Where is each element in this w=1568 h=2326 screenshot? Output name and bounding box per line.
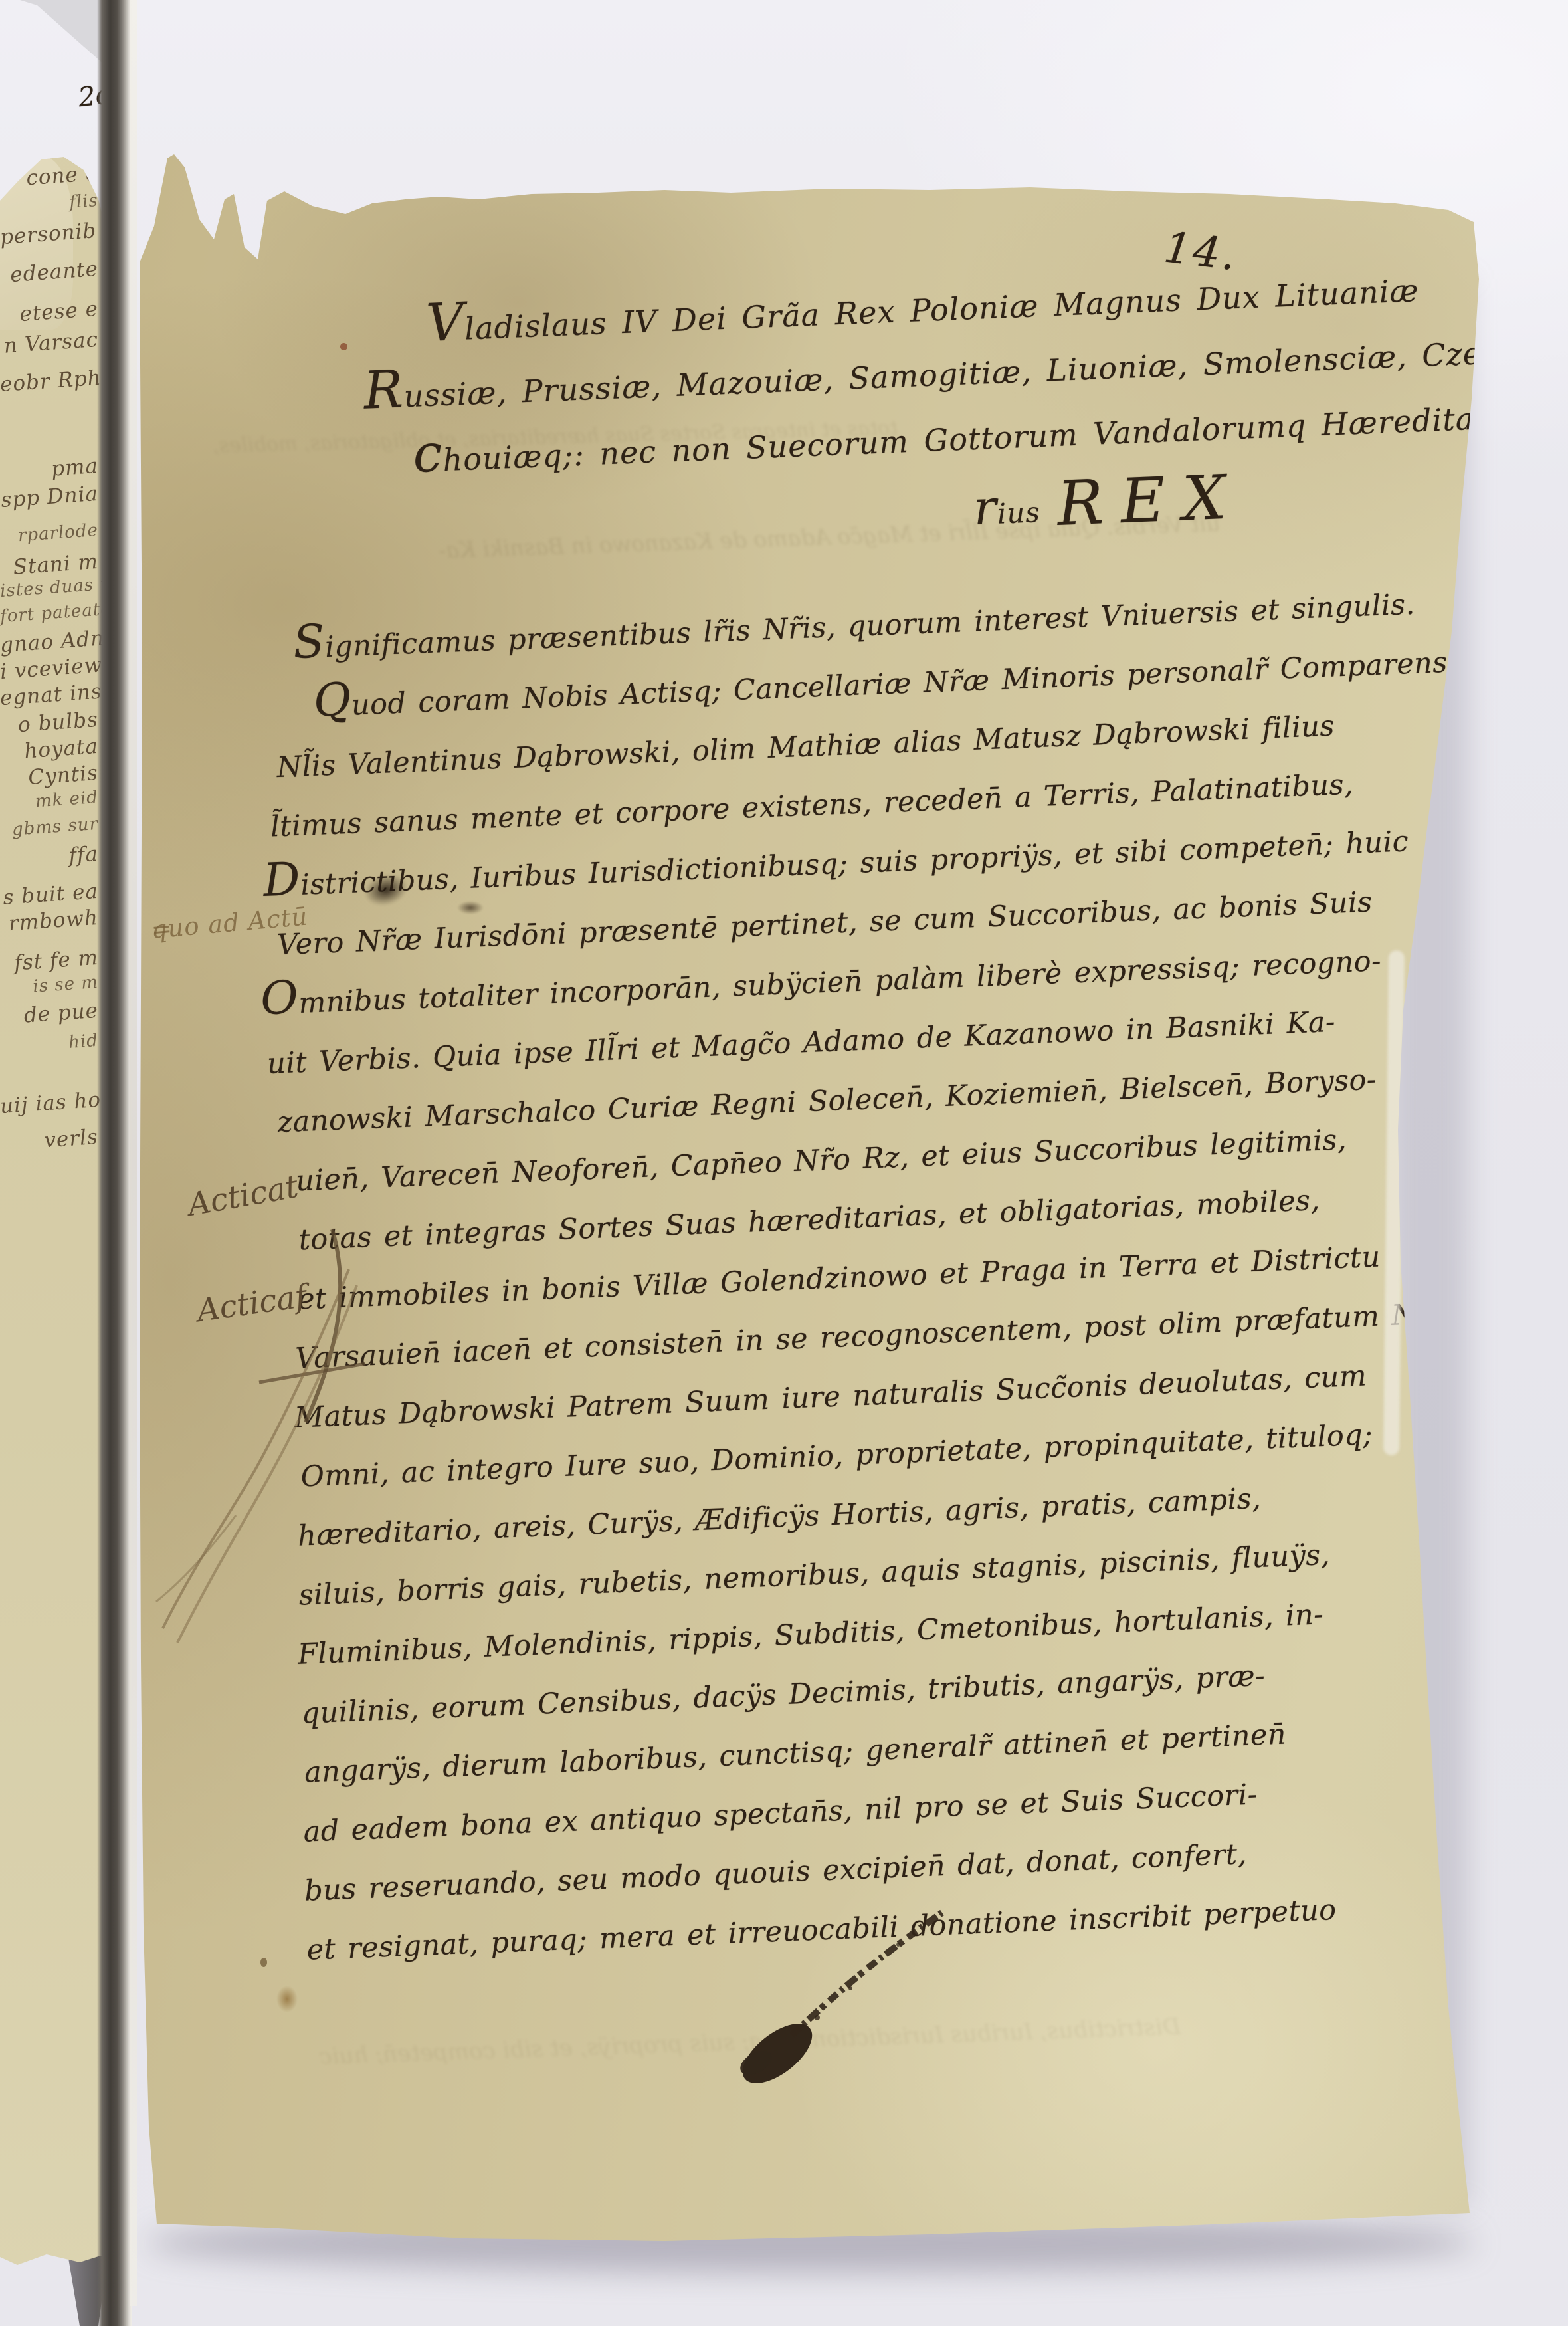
left-page-fragment: de pue — [0, 999, 99, 1029]
left-page-fragment: o bulbs — [0, 708, 99, 738]
left-page-fragment: verls — [0, 1125, 99, 1156]
left-page-fragment: spp Dnia — [0, 482, 99, 512]
left-page-fragment: rparlode — [0, 520, 99, 547]
left-page-fragment: gbms sur — [0, 814, 99, 841]
left-page-fragment: int. — [0, 133, 99, 163]
body-text: Significamus præsentibus lr̃is Nr̃is, qu… — [292, 575, 1474, 1978]
binding-gutter — [97, 0, 132, 2326]
left-page-fragment: cone e — [0, 161, 99, 192]
left-page-fragment: hoyata — [0, 734, 99, 765]
brown-stain — [276, 1986, 298, 2012]
left-page-fragment: egnat insp — [0, 680, 99, 710]
left-page-fragment: fst fe m — [0, 946, 99, 976]
left-page-fragment: gnao Adn — [0, 627, 99, 657]
red-speck — [340, 343, 347, 350]
left-page-fragment: fort pateates — [0, 600, 99, 627]
left-page-fragment: mk eid — [0, 788, 99, 814]
left-page-fragment: is se m — [0, 972, 99, 999]
left-page-fragment: i vceview — [0, 653, 99, 684]
left-page-fragment: ffa — [0, 842, 99, 873]
stain-speck — [260, 1958, 267, 1967]
ink-blot-comet — [651, 1887, 957, 2100]
left-page-fragment: pma — [0, 454, 99, 484]
ink-strikeout-smudge — [457, 901, 484, 914]
diagonal-marginalia-scribble — [136, 1229, 375, 1668]
left-page-fragment: eobr Rpho — [0, 366, 99, 397]
archival-scan: int. cone e flis personib fa edeante ete… — [0, 0, 1568, 2326]
rex-word: REX — [1056, 461, 1244, 540]
left-page-fragment: uij ias ho — [0, 1088, 99, 1118]
left-page-fragment: s buit ea — [0, 879, 99, 910]
left-page-fragment: n Varsac — [0, 328, 99, 358]
rex-prefix: rius — [973, 496, 1041, 531]
left-page-fragment: hid — [0, 1031, 99, 1057]
left-page-fragment: rmbowh — [0, 906, 99, 936]
manuscript-page: totas et integras Sortes Suas hæreditari… — [0, 0, 1568, 2326]
left-page-fragment: Cyntis — [0, 761, 99, 792]
previous-page-edge: int. cone e flis personib fa edeante ete… — [0, 0, 109, 2326]
glass-edge-highlight — [130, 0, 137, 2306]
royal-intitulation: Vladislaus IV Dei Grãa Rex Poloniæ Magnu… — [425, 258, 1432, 558]
glass-plate-corner — [20, 0, 106, 66]
